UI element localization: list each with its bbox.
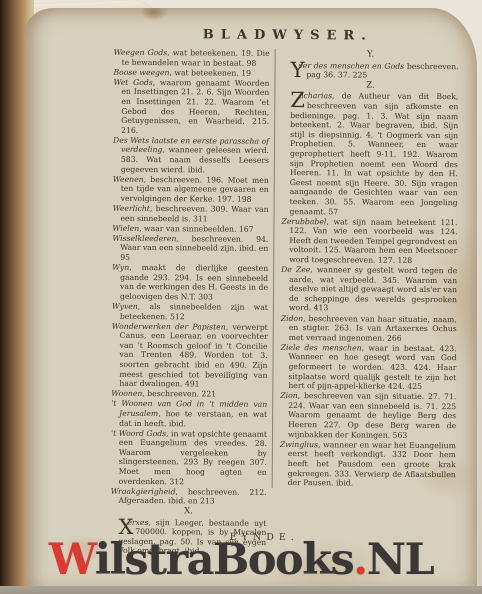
entry-text: , waar van sinnebeelden. 167 xyxy=(139,224,253,234)
entry-text: , als sinnebeelden zijn wat beteekenen. … xyxy=(120,302,268,321)
index-entry: De Zee, wanneer sy gestelt word tegen de… xyxy=(281,265,457,314)
index-entry: Wonderwerken der Papisten, verwerpt Canu… xyxy=(111,321,267,389)
index-columns: Weegen Gods, wat beteekenen. 19. Die te … xyxy=(110,48,462,559)
index-entry: Wisselkleederen, beschreeven. 94. Waar v… xyxy=(112,234,268,264)
entry-term: erxes xyxy=(127,517,148,526)
entry-term: Wielen xyxy=(112,223,139,232)
page-title: BLADWYSER. xyxy=(114,27,462,44)
entry-term: Zerubbabel xyxy=(281,217,326,226)
book-photo: BLADWYSER. Weegen Gods, wat beteekenen. … xyxy=(0,0,482,594)
entry-term: Weenen xyxy=(113,175,144,184)
entry-term: 't Woord Gods xyxy=(111,428,166,437)
index-entry: Weerlicht, beschreeven. 309. Waar van ee… xyxy=(112,204,268,224)
watermark-suffix: NL xyxy=(367,535,434,585)
index-entry: Weegen Gods, wat beteekenen. 19. Die te … xyxy=(114,48,270,68)
entry-term: ver des menschen en Gods xyxy=(298,61,404,71)
entry-term: Wyven xyxy=(112,302,138,311)
entry-term: Wet Gods xyxy=(113,78,152,87)
index-entry: Weenen, beschreeven. 196. Moet men ten t… xyxy=(113,175,269,205)
entry-term: De Zee xyxy=(281,265,310,274)
entry-term: Wonderwerken der Papisten xyxy=(112,321,226,331)
index-entry: Wyn, maakt de dierlijke geesten gaande 2… xyxy=(112,263,268,302)
entry-term: Zwinglius xyxy=(280,440,318,449)
index-entry: 't Woonen van God in 't midden van Jerus… xyxy=(111,399,267,429)
index-entry: Yver des menschen en Gods beschreeven. p… xyxy=(282,61,458,81)
entry-text: , beschreeven van sijn situatie. 27. 71.… xyxy=(288,391,456,439)
index-entry: Wyven, als sinnebeelden zijn wat beteeke… xyxy=(112,302,268,322)
entry-term: Weerlicht xyxy=(113,204,150,213)
entry-text: , verwerpt Canus, een Leeraar, en voorve… xyxy=(119,322,267,388)
index-column-left: Weegen Gods, wat beteekenen. 19. Die te … xyxy=(110,48,275,557)
watermark-dot: . xyxy=(353,535,366,585)
index-entry: Boose weegen, wat beteekenen. 19 xyxy=(114,67,270,78)
index-entry: Wielen, waar van sinnebeelden. 167 xyxy=(112,223,268,234)
index-entry: Zidon, beschreeven van haar situatie, na… xyxy=(281,313,457,343)
index-entry: Zacharias, de Autheur van dit Boek, besc… xyxy=(282,91,459,217)
index-column-right: Y.Yver des menschen en Gods beschreeven.… xyxy=(272,49,459,489)
entry-text: , in wat opsichte genaamt een Euangelium… xyxy=(119,429,267,486)
index-entry: Des Wets laatste en eerste parasscha of … xyxy=(113,136,269,175)
entry-term: Zion xyxy=(280,391,297,400)
watermark-initial: W xyxy=(49,535,95,585)
entry-text: , maakt de dierlijke geesten gaande 293.… xyxy=(120,263,268,301)
index-entry: 't Woord Gods, in wat opsichte genaamt e… xyxy=(111,428,267,487)
entry-text: , de Autheur van dit Boek, beschreeven v… xyxy=(290,92,459,216)
entry-term: Woonen xyxy=(111,389,142,398)
index-entry: Wet Gods, waarom genaamt Woorden en Inse… xyxy=(113,78,269,137)
index-entry: Zerubbabel, wat sijn naam beteekent 121.… xyxy=(281,217,457,266)
entry-text: , wat beteekenen. 19 xyxy=(169,68,251,78)
entry-term: Weegen Gods xyxy=(114,48,168,57)
entry-text: , beschreeven. 221 xyxy=(142,389,216,399)
entry-term: Zidon xyxy=(281,313,303,322)
index-entry: Zwinglius, wanneer en waar het Euangeliu… xyxy=(280,440,456,489)
section-heading: Z. xyxy=(282,81,458,92)
entry-term: Wyn xyxy=(112,263,129,272)
entry-term: acharias xyxy=(299,91,332,100)
section-heading: Y. xyxy=(283,50,459,61)
entry-text: , waarom genaamt Woorden en Insettingen … xyxy=(121,78,269,135)
entry-text: , beschreeven van haar situatie, naam, e… xyxy=(289,314,457,343)
entry-term: Ziele des menschen xyxy=(281,343,362,353)
entry-text: , wanneer sy gestelt word tegen de aarde… xyxy=(289,265,457,313)
bookseller-watermark: WilstraBooks.NL xyxy=(0,539,482,582)
section-heading: X. xyxy=(110,507,266,518)
entry-text: , beschreeven. 196. Moet men ten tijde v… xyxy=(121,175,269,204)
printed-text-area: BLADWYSER. Weegen Gods, wat beteekenen. … xyxy=(110,27,462,559)
index-entry: Wraakgierigheid, beschreeven. 212. Afger… xyxy=(111,486,267,506)
entry-term: Wraakgierigheid xyxy=(111,486,176,495)
index-entry: Woonen, beschreeven. 221 xyxy=(111,389,267,400)
index-entry: Zion, beschreeven van sijn situatie. 27.… xyxy=(280,391,456,440)
entry-term: Wisselkleederen xyxy=(112,234,176,243)
entry-term: Boose weegen xyxy=(114,67,170,76)
watermark-middle: ilstraBooks xyxy=(95,535,353,585)
book-page: BLADWYSER. Weegen Gods, wat beteekenen. … xyxy=(26,8,477,594)
table-edge xyxy=(0,586,482,594)
index-entry: Ziele des menschen, waar in bestaat. 423… xyxy=(280,343,456,392)
